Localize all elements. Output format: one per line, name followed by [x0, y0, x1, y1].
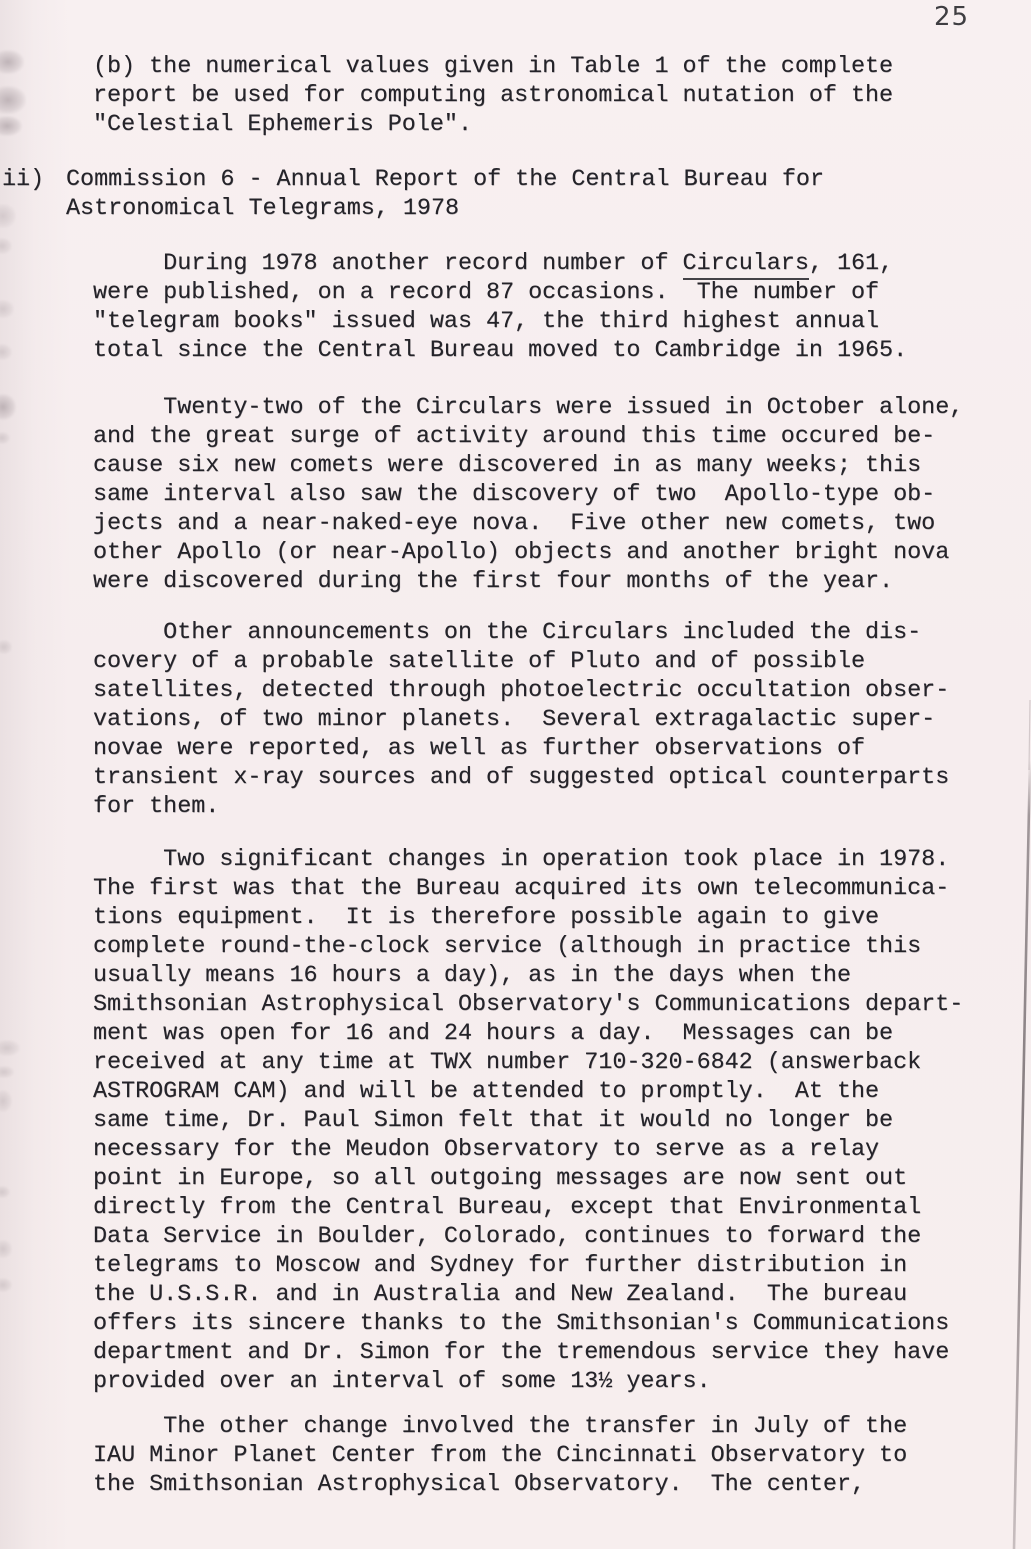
- scan-smudge: [0, 1240, 12, 1258]
- text-line: usually means 16 hours a day), as in the…: [93, 962, 1028, 991]
- text-line: total since the Central Bureau moved to …: [93, 337, 1028, 366]
- scan-smudge: [0, 344, 12, 360]
- text-line: "Celestial Ephemeris Pole".: [93, 111, 1028, 140]
- text-line: novae were reported, as well as further …: [93, 735, 1028, 764]
- scan-smudge: [0, 432, 10, 444]
- text-line: and the great surge of activity around t…: [93, 423, 1028, 452]
- item-b-paragraph: (b) the numerical values given in Table …: [93, 53, 1028, 140]
- scanned-document-page: 25 (b) the numerical values given in Tab…: [0, 0, 1031, 1549]
- text-line: were published, on a record 87 occasions…: [93, 279, 1028, 308]
- text-line: directly from the Central Bureau, except…: [93, 1194, 1028, 1223]
- text-line: jects and a near-naked-eye nova. Five ot…: [93, 510, 1028, 539]
- text-line: Smithsonian Astrophysical Observatory's …: [93, 991, 1028, 1020]
- paragraph-minor-planet-center: The other change involved the transfer i…: [93, 1413, 1028, 1500]
- text-line: satellites, detected through photoelectr…: [93, 677, 1028, 706]
- text-line: Commission 6 - Annual Report of the Cent…: [66, 166, 1028, 195]
- text-line: other Apollo (or near-Apollo) objects an…: [93, 539, 1028, 568]
- section-ii-heading: ii)Commission 6 - Annual Report of the C…: [66, 166, 1028, 224]
- text-line: During 1978 another record number of Cir…: [93, 250, 1028, 279]
- text-line: the U.S.S.R. and in Australia and New Ze…: [93, 1281, 1028, 1310]
- text-line: the Smithsonian Astrophysical Observator…: [93, 1471, 1028, 1500]
- scan-smudge: [0, 1186, 10, 1198]
- text-line: point in Europe, so all outgoing message…: [93, 1165, 1028, 1194]
- scan-smudge: [0, 86, 26, 114]
- scan-smudge: [0, 394, 16, 420]
- text-line: vations, of two minor planets. Several e…: [93, 706, 1028, 735]
- scan-smudge: [0, 300, 14, 318]
- text-line: were discovered during the first four mo…: [93, 568, 1028, 597]
- text-line: offers its sincere thanks to the Smithso…: [93, 1310, 1028, 1339]
- text-line: provided over an interval of some 13½ ye…: [93, 1368, 1028, 1397]
- paragraph-october-surge: Twenty-two of the Circulars were issued …: [93, 394, 1028, 597]
- text-line: for them.: [93, 793, 1028, 822]
- paragraph-circulars-record: During 1978 another record number of Cir…: [93, 250, 1028, 366]
- scan-smudge: [0, 238, 12, 254]
- text-line: complete round-the-clock service (althou…: [93, 933, 1028, 962]
- text-line: Two significant changes in operation too…: [93, 846, 1028, 875]
- underlined-text: Circulars: [683, 251, 809, 280]
- text-line: "telegram books" issued was 47, the thir…: [93, 308, 1028, 337]
- text-line: Data Service in Boulder, Colorado, conti…: [93, 1223, 1028, 1252]
- text-line: telegrams to Moscow and Sydney for furth…: [93, 1252, 1028, 1281]
- paragraph-operation-changes: Two significant changes in operation too…: [93, 846, 1028, 1397]
- text-line: cause six new comets were discovered in …: [93, 452, 1028, 481]
- text-segment: , 161,: [809, 251, 893, 277]
- section-marker: ii): [2, 166, 44, 195]
- text-line: necessary for the Meudon Observatory to …: [93, 1136, 1028, 1165]
- scan-smudge: [0, 1090, 12, 1112]
- document-body: (b) the numerical values given in Table …: [93, 53, 1028, 1500]
- text-line: tions equipment. It is therefore possibl…: [93, 904, 1028, 933]
- paragraph-other-announcements: Other announcements on the Circulars inc…: [93, 619, 1028, 822]
- text-line: Astronomical Telegrams, 1978: [66, 195, 1028, 224]
- text-line: same interval also saw the discovery of …: [93, 481, 1028, 510]
- text-line: report be used for computing astronomica…: [93, 82, 1028, 111]
- text-line: same time, Dr. Paul Simon felt that it w…: [93, 1107, 1028, 1136]
- scan-smudge: [0, 640, 12, 654]
- page-number: 25: [934, 0, 969, 34]
- text-line: ASTROGRAM CAM) and will be attended to p…: [93, 1078, 1028, 1107]
- text-line: The other change involved the transfer i…: [93, 1413, 1028, 1442]
- text-line: The first was that the Bureau acquired i…: [93, 875, 1028, 904]
- text-line: (b) the numerical values given in Table …: [93, 53, 1028, 82]
- scan-smudge: [0, 1066, 14, 1078]
- scan-smudge: [0, 1040, 20, 1056]
- text-line: IAU Minor Planet Center from the Cincinn…: [93, 1442, 1028, 1471]
- text-line: transient x-ray sources and of suggested…: [93, 764, 1028, 793]
- text-line: ment was open for 16 and 24 hours a day.…: [93, 1020, 1028, 1049]
- text-line: covery of a probable satellite of Pluto …: [93, 648, 1028, 677]
- scan-smudge: [0, 50, 24, 74]
- text-line: received at any time at TWX number 710-3…: [93, 1049, 1028, 1078]
- scan-smudge: [0, 1278, 12, 1292]
- scan-smudge: [0, 116, 22, 136]
- text-segment: During 1978 another record number of: [93, 251, 683, 277]
- text-line: department and Dr. Simon for the tremend…: [93, 1339, 1028, 1368]
- text-line: Other announcements on the Circulars inc…: [93, 619, 1028, 648]
- text-line: Twenty-two of the Circulars were issued …: [93, 394, 1028, 423]
- scan-smudge: [0, 204, 16, 228]
